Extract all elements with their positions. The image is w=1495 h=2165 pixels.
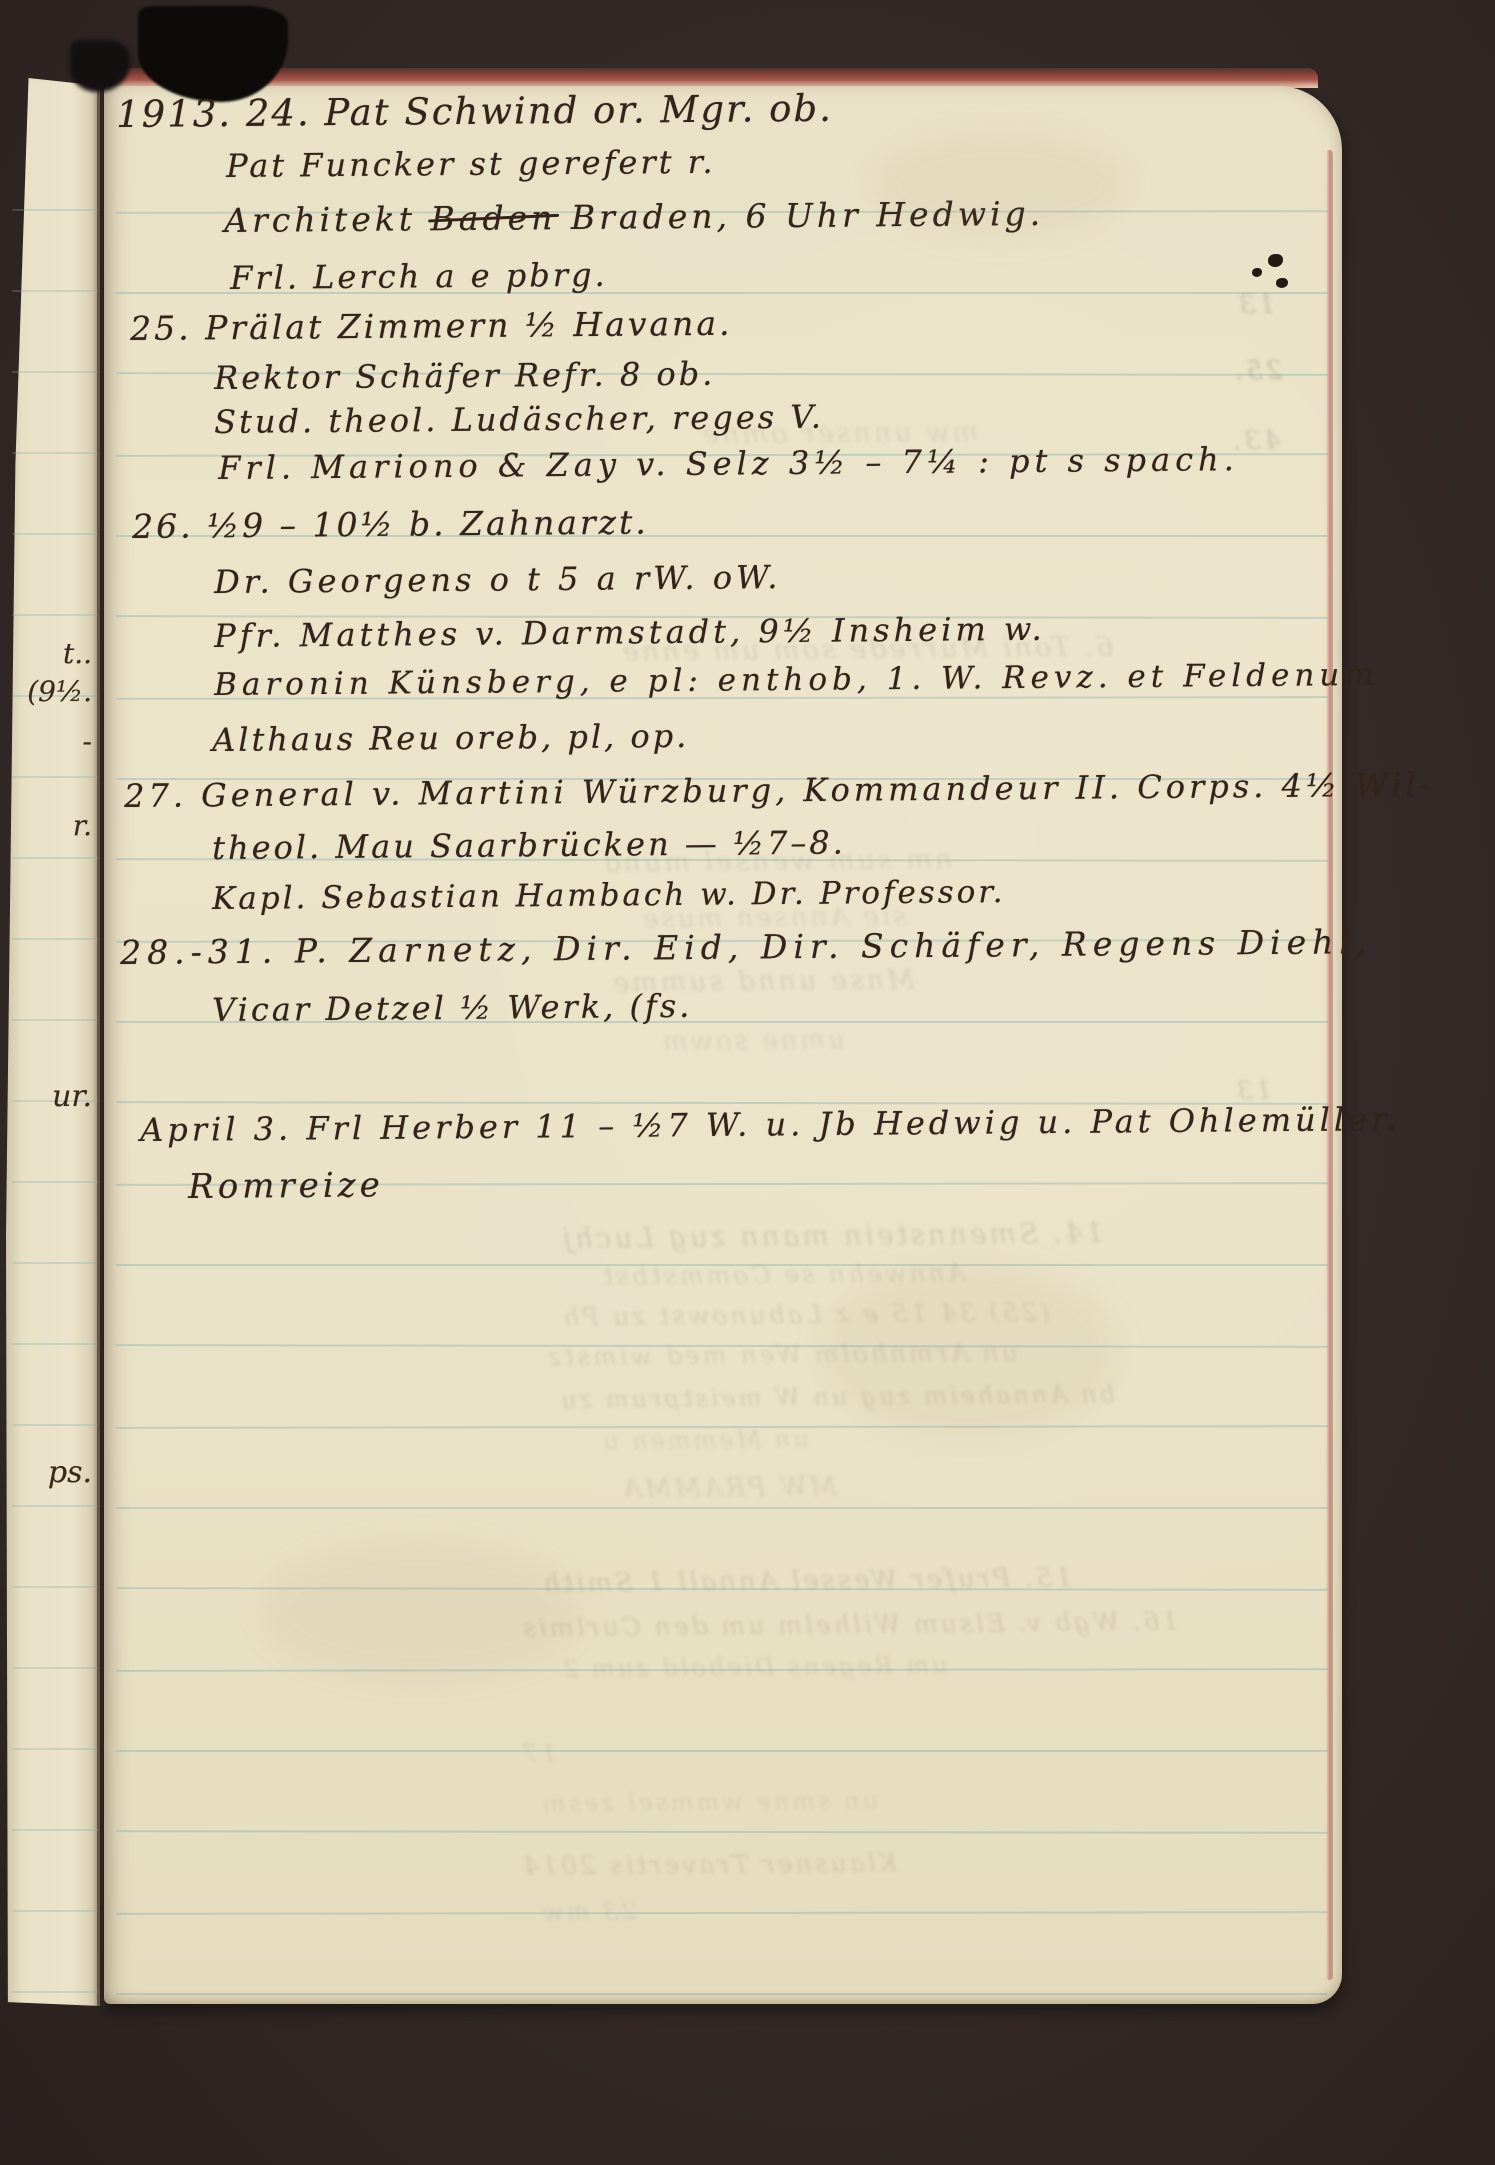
- ink-blots-layer: [0, 0, 1495, 2165]
- paper-stain: [820, 1260, 1120, 1440]
- ink-blot: [1268, 254, 1283, 267]
- ink-blot: [1276, 278, 1288, 288]
- paper-stain: [870, 130, 1130, 240]
- diary-scan: 1325.43.mw unnser omne6. Toni Murrede so…: [0, 0, 1495, 2165]
- paper-stain: [260, 1540, 580, 1680]
- ink-blot: [1252, 268, 1262, 277]
